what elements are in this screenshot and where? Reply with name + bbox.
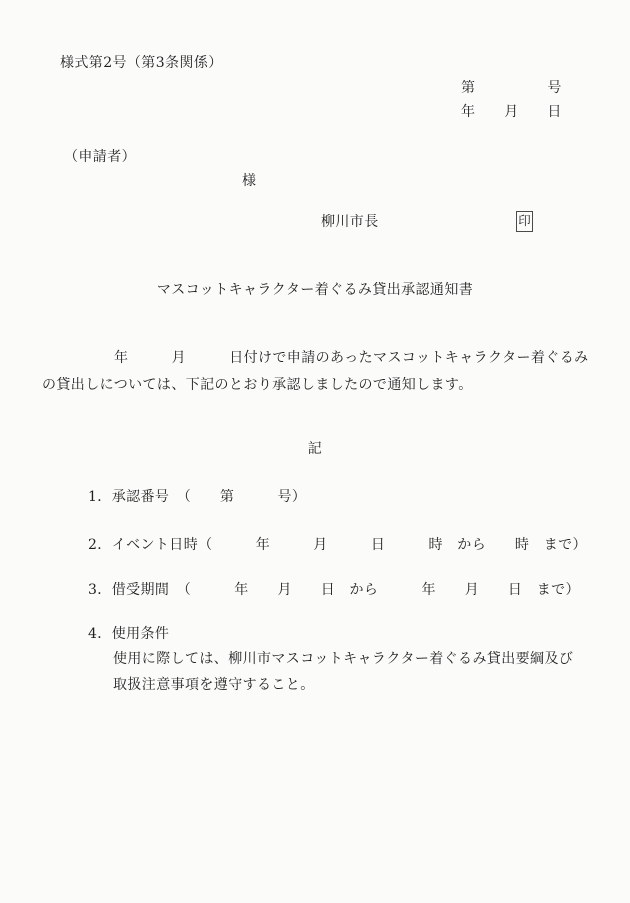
item-usage-conditions-heading: 4．使用条件 bbox=[88, 625, 169, 644]
body-paragraph-line-1: 年 月 日付けで申請のあったマスコットキャラクター着ぐるみ bbox=[42, 349, 589, 368]
form-number: 様式第2号（第3条関係） bbox=[60, 54, 223, 73]
usage-conditions-line-1: 使用に際しては、柳川市マスコットキャラクター着ぐるみ貸出要綱及び bbox=[113, 650, 573, 669]
addressee-honorific: 様 bbox=[242, 172, 256, 191]
applicant-label: （申請者） bbox=[64, 148, 136, 167]
seal-stamp-box: 印 bbox=[516, 211, 533, 232]
item-lending-period: 3．借受期間 （ 年 月 日 から 年 月 日 まで） bbox=[88, 581, 580, 600]
item-approval-number: 1．承認番号 （ 第 号） bbox=[88, 488, 306, 507]
document-number-blank-line: 第 号 bbox=[461, 79, 562, 98]
body-paragraph-line-2: の貸出しについては、下記のとおり承認しましたので通知します。 bbox=[42, 376, 473, 395]
document-title: マスコットキャラクター着ぐるみ貸出承認通知書 bbox=[0, 281, 630, 300]
item-event-datetime: 2．イベント日時（ 年 月 日 時 から 時 まで） bbox=[88, 536, 587, 555]
document-page: 様式第2号（第3条関係） 第 号 年 月 日 （申請者） 様 柳川市長 印 マス… bbox=[0, 0, 630, 903]
sender-mayor-name: 柳川市長 bbox=[321, 213, 379, 232]
usage-conditions-line-2: 取扱注意事項を遵守すること。 bbox=[113, 676, 315, 695]
seal-stamp-character: 印 bbox=[518, 213, 531, 230]
date-blank-line: 年 月 日 bbox=[461, 103, 562, 122]
record-marker: 記 bbox=[0, 440, 630, 459]
